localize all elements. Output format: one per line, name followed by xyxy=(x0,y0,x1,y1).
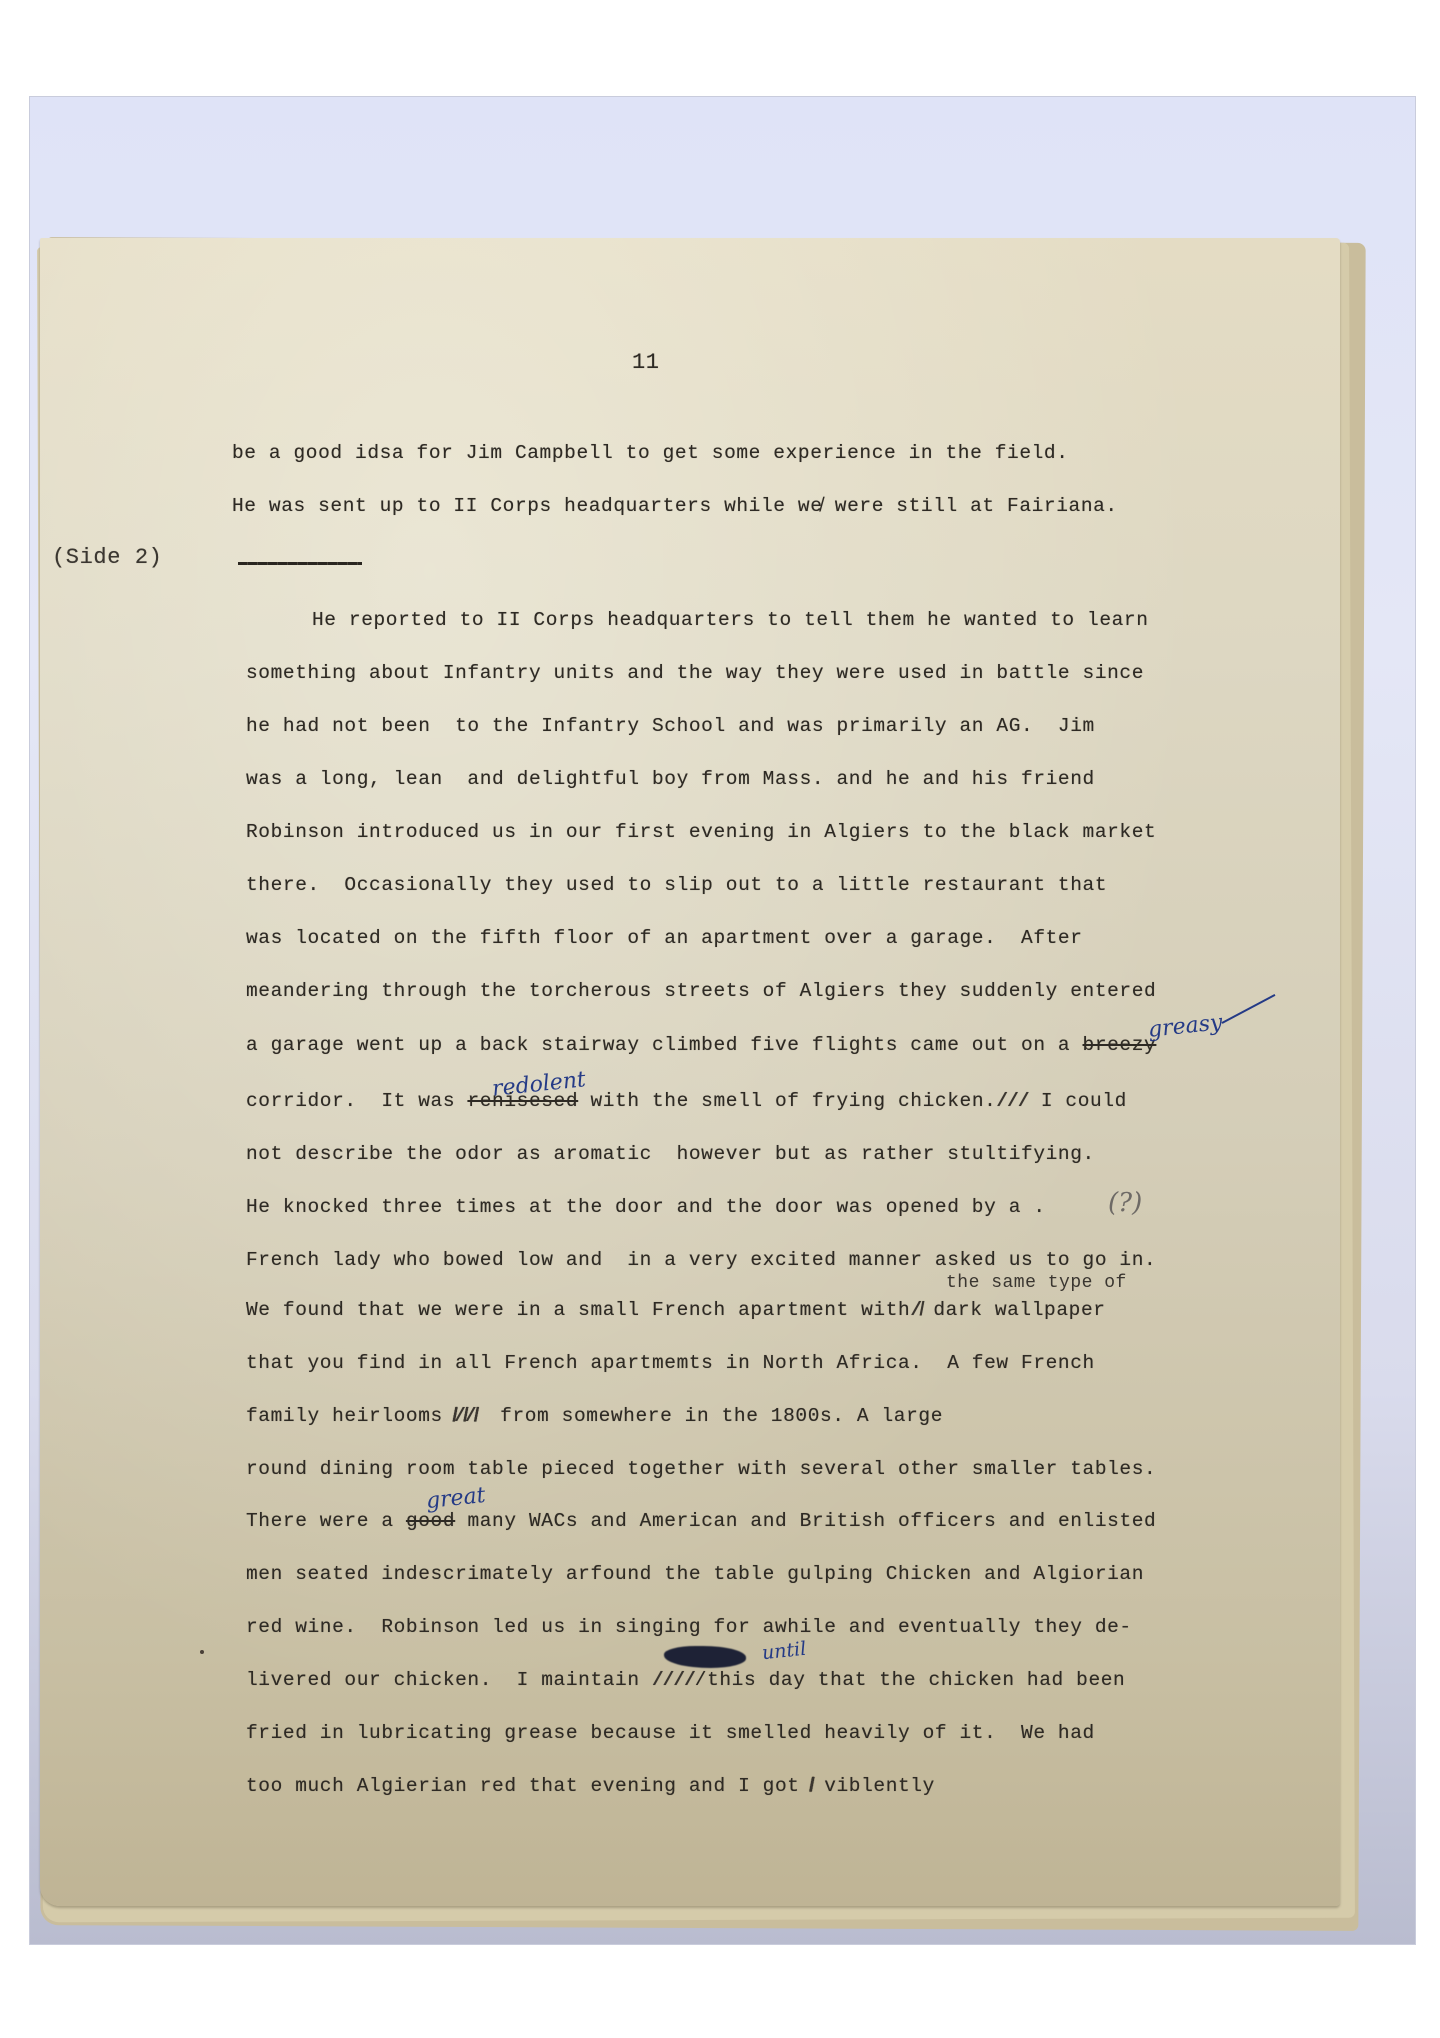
text-line: French lady who bowed low and in a very … xyxy=(246,1249,1156,1271)
text-line: meandering through the torcherous street… xyxy=(246,980,1156,1002)
text-line: he had not been to the Infantry School a… xyxy=(246,715,1095,737)
text-segment: We found that we were in a small French … xyxy=(246,1299,910,1321)
pencil-query-mark: (?) xyxy=(1108,1188,1142,1218)
text-line: He reported to II Corps headquarters to … xyxy=(312,609,1149,631)
text-segment: too much Algierian red that evening and … xyxy=(246,1775,812,1797)
text-line: We found that we were in a small French … xyxy=(246,1299,1106,1321)
text-line: round dining room table pieced together … xyxy=(246,1458,1156,1480)
text-line: fried in lubricating grease because it s… xyxy=(246,1722,1095,1744)
struck-word: renisesed xyxy=(467,1090,578,1112)
text-segment: /this day that the chicken had been xyxy=(695,1669,1126,1691)
text-segment: I could xyxy=(1029,1090,1127,1112)
text-line: a garage went up a back stairway climbed… xyxy=(246,1034,1156,1056)
text-line: something about Infantry units and the w… xyxy=(246,662,1144,684)
section-rule xyxy=(238,562,362,565)
stray-mark xyxy=(200,1650,204,1654)
text-line: be a good idsa for Jim Campbell to get s… xyxy=(232,442,1069,464)
typed-xout: /̸ xyxy=(910,1299,921,1321)
text-line: too much Algierian red that evening and … xyxy=(246,1775,935,1797)
text-line: There were a good many WACs and American… xyxy=(246,1510,1156,1532)
margin-label: (Side 2) xyxy=(52,545,162,570)
text-segment: There were a xyxy=(246,1510,406,1532)
text-line: there. Occasionally they used to slip ou… xyxy=(246,874,1107,896)
text-segment: family heirlooms xyxy=(246,1405,455,1427)
typed-xout: /// xyxy=(996,1090,1028,1112)
text-line: not describe the odor as aromatic howeve… xyxy=(246,1143,1095,1165)
struck-word: breezy xyxy=(1083,1034,1157,1056)
text-line: was a long, lean and delightful boy from… xyxy=(246,768,1095,790)
text-line: He knocked three times at the door and t… xyxy=(246,1196,1046,1218)
text-segment: a garage went up a back stairway climbed… xyxy=(246,1034,1083,1056)
text-line: men seated indescrimately arfound the ta… xyxy=(246,1563,1144,1585)
text-line: that you find in all French apartmemts i… xyxy=(246,1352,1095,1374)
text-line: red wine. Robinson led us in singing for… xyxy=(246,1616,1132,1638)
typed-insertion: the same type of xyxy=(946,1273,1127,1293)
text-segment: livered our chicken. I maintain xyxy=(246,1669,652,1691)
text-segment: corridor. It was xyxy=(246,1090,467,1112)
text-line: livered our chicken. I maintain /////thi… xyxy=(246,1669,1125,1691)
page-number: 11 xyxy=(632,350,660,375)
text-segment: dark wallpaper xyxy=(921,1299,1106,1321)
text-line: was located on the fifth floor of an apa… xyxy=(246,927,1083,949)
typed-xout: //// xyxy=(652,1669,695,1691)
text-segment: with the smell of frying chicken. xyxy=(578,1090,996,1112)
text-line: corridor. It was renisesed with the smel… xyxy=(246,1090,1127,1112)
text-segment: from somewhere in the 1800s. A large xyxy=(476,1405,943,1427)
text-segment: many WACs and American and British offic… xyxy=(455,1510,1156,1532)
text-line: He was sent up to II Corps headquarters … xyxy=(232,495,1118,517)
text-segment: viblently xyxy=(812,1775,935,1797)
typed-xout: ̸̸̸̸/̸̸̸/̸̸̸ xyxy=(455,1405,475,1427)
text-line: Robinson introduced us in our first even… xyxy=(246,821,1156,843)
handwritten-correction: until xyxy=(761,1638,807,1665)
struck-word: good xyxy=(406,1510,455,1532)
text-line: family heirlooms ̸̸̸̸/̸̸̸/̸̸̸ from somew… xyxy=(246,1405,943,1427)
